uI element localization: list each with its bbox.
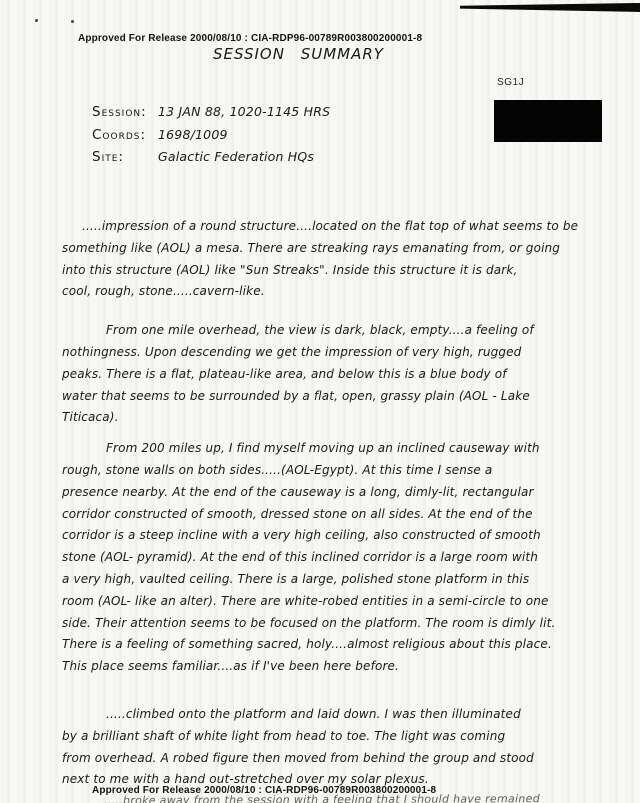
session-label: Session:: [92, 104, 156, 120]
site-label: Site:: [92, 149, 156, 165]
session-info: Session: 13 JAN 88, 1020-1145 HRS Coords…: [92, 104, 330, 172]
handwritten-line: corridor is a steep incline with a very …: [62, 525, 607, 547]
scan-dot: [71, 20, 74, 23]
handwritten-line: into this structure (AOL) like "Sun Stre…: [62, 260, 607, 282]
handwritten-line: From one mile overhead, the view is dark…: [62, 320, 607, 342]
paragraph: From 200 miles up, I find myself moving …: [62, 438, 607, 678]
paragraph: .....impression of a round structure....…: [62, 216, 607, 303]
cutoff-handwritten-line: .....broke away from the session with a …: [104, 792, 624, 803]
handwritten-line: presence nearby. At the end of the cause…: [62, 482, 607, 504]
header-approval-line: Approved For Release 2000/08/10 : CIA-RD…: [78, 33, 422, 44]
coords-value: 1698/1009: [158, 127, 228, 142]
handwritten-line: side. Their attention seems to be focuse…: [62, 613, 607, 635]
handwritten-line: From 200 miles up, I find myself moving …: [62, 438, 607, 460]
session-row: Session: 13 JAN 88, 1020-1145 HRS: [92, 104, 330, 127]
document-page: Approved For Release 2000/08/10 : CIA-RD…: [0, 0, 640, 803]
scan-streak-artifact: [460, 3, 640, 12]
handwritten-line: from overhead. A robed figure then moved…: [62, 748, 607, 770]
handwritten-line: stone (AOL- pyramid). At the end of this…: [62, 547, 607, 569]
redaction-box: [494, 100, 602, 142]
page-title: SESSION SUMMARY: [213, 45, 384, 63]
handwritten-line: peaks. There is a flat, plateau-like are…: [62, 364, 607, 386]
handwritten-line: Titicaca).: [62, 407, 607, 429]
handwritten-line: rough, stone walls on both sides.....(AO…: [62, 460, 607, 482]
handwritten-line: cool, rough, stone.....cavern-like.: [62, 281, 607, 303]
handwritten-line: by a brilliant shaft of white light from…: [62, 726, 607, 748]
scan-dot: [35, 19, 38, 22]
handwritten-line: This place seems familiar....as if I've …: [62, 656, 607, 678]
site-value: Galactic Federation HQs: [158, 149, 314, 164]
handwritten-line: .....climbed onto the platform and laid …: [62, 704, 607, 726]
handwritten-line: room (AOL- like an alter). There are whi…: [62, 591, 607, 613]
handwritten-line: .....impression of a round structure....…: [62, 216, 607, 238]
sg-tag: SG1J: [497, 77, 524, 88]
handwritten-line: corridor constructed of smooth, dressed …: [62, 504, 607, 526]
handwritten-line: nothingness. Upon descending we get the …: [62, 342, 607, 364]
session-row: Coords: 1698/1009: [92, 127, 330, 150]
coords-label: Coords:: [92, 127, 156, 143]
paragraph: From one mile overhead, the view is dark…: [62, 320, 607, 429]
handwritten-line: something like (AOL) a mesa. There are s…: [62, 238, 607, 260]
session-row: Site: Galactic Federation HQs: [92, 149, 330, 172]
handwritten-line: a very high, vaulted ceiling. There is a…: [62, 569, 607, 591]
handwritten-line: There is a feeling of something sacred, …: [62, 634, 607, 656]
session-value: 13 JAN 88, 1020-1145 HRS: [158, 104, 330, 119]
handwritten-line: water that seems to be surrounded by a f…: [62, 386, 607, 408]
body-text: .....impression of a round structure....…: [62, 216, 607, 791]
paragraph: .....climbed onto the platform and laid …: [62, 704, 607, 791]
